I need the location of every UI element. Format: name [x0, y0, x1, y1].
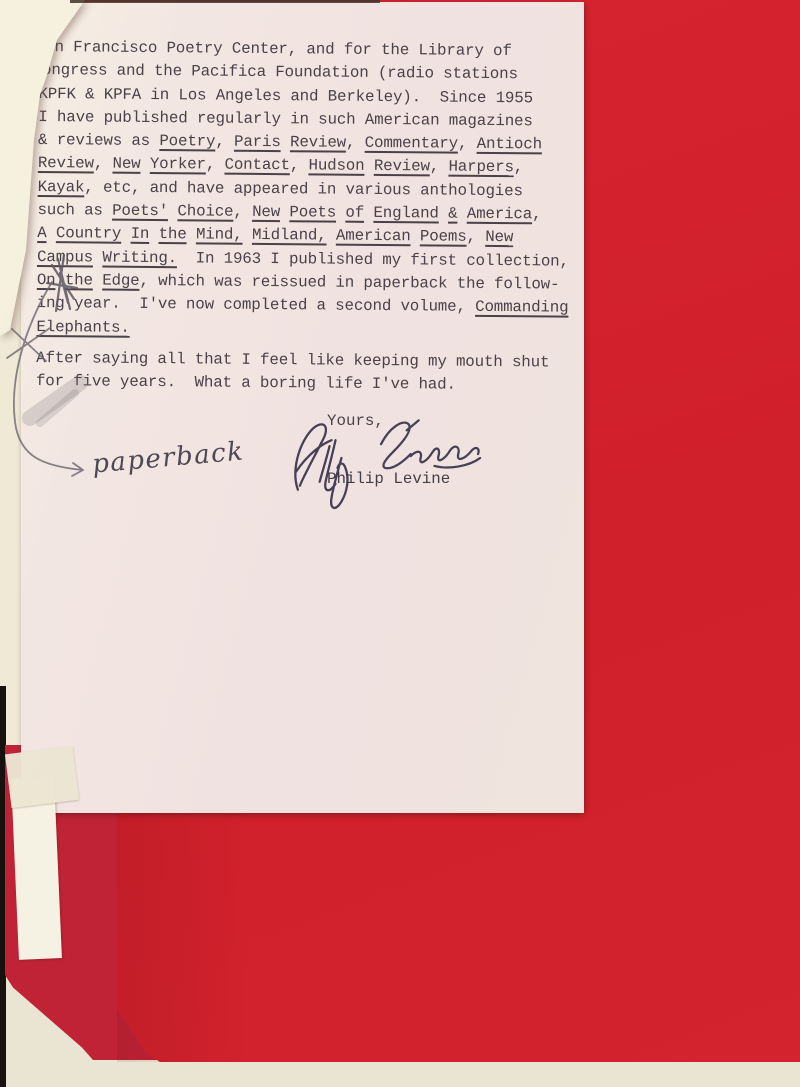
handwritten-signature: [286, 410, 484, 510]
folded-paper-corner: [0, 0, 110, 340]
tape-piece: [5, 746, 79, 808]
scanned-letter-on-red-folder: San Francisco Poetry Center, and for the…: [0, 0, 800, 1087]
signature-descender-stroke: [331, 458, 347, 508]
scan-top-gap-line: [70, 0, 380, 3]
folded-paper-corner-wrap: [0, 0, 110, 340]
signature-last-name-stroke: [381, 420, 480, 468]
signature-first-name-stroke: [295, 424, 335, 490]
folder-shadow-band: [117, 788, 272, 1062]
